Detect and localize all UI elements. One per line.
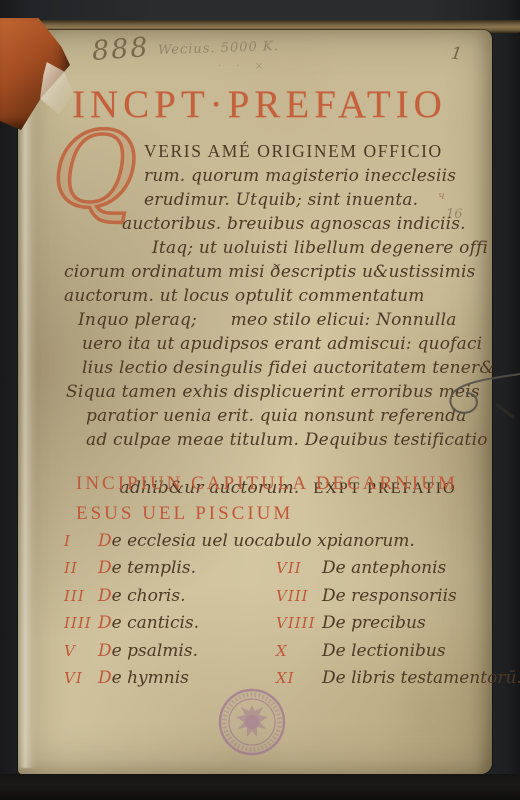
preface-line: ad culpae meae titulum. Dequibus testifi… <box>64 428 484 452</box>
preface-line: auctorum. ut locus optulit commentatum <box>64 284 484 308</box>
chapter-numeral: II <box>64 555 98 582</box>
capitula-row: V D e psalmis. X De lectionibus <box>64 638 484 665</box>
capitula-rubric-line2: ESUS UEL PISCIUM <box>76 502 496 526</box>
chapter-numeral: III <box>64 583 98 610</box>
chapter-numeral: VI <box>64 665 98 692</box>
chapter-title: e ecclesia uel uocabulo xpianorum. <box>112 528 415 555</box>
chapter-numeral: V <box>64 638 98 665</box>
preface-line: Inquo pleraq; meo stilo elicui: Nonnulla <box>64 308 484 332</box>
chapter-numeral: IIII <box>64 610 98 637</box>
preface-line: uero ita ut apudipsos erant admiscui: qu… <box>64 332 484 356</box>
chapter-title: e canticis. <box>112 610 199 637</box>
chapter-numeral: VII <box>276 555 322 582</box>
opening-capitals-line: VERIS AMÉ ORIGINEM OFFICIO <box>144 140 443 162</box>
preface-line: paratior uenia erit. quia nonsunt refere… <box>64 404 484 428</box>
preface-line: ciorum ordinatum misi ðescriptis u&ustis… <box>64 260 484 284</box>
faint-pencil-marks: · · × <box>218 62 269 72</box>
book-bottom-edge <box>0 774 520 800</box>
preface-text-block: rum. quorum magisterio inecclesiis erudi… <box>64 164 484 525</box>
chapter-title: e choris. <box>112 583 186 610</box>
chapter-title: De precibus <box>322 610 426 637</box>
chapter-title: De antephonis <box>322 555 446 582</box>
chapter-title: De responsoriis <box>322 583 457 610</box>
preface-line: Itaq; ut uoluisti libellum degenere offi <box>64 236 484 260</box>
capitula-rubric-line1: INCIPIUN CAPITULA DECARNIUM <box>76 472 496 496</box>
chapter-initial: D <box>98 528 112 555</box>
capitula-row: I D e ecclesia uel uocabulo xpianorum. <box>64 528 484 555</box>
capitula-row: III D e choris. VIII De responsoriis <box>64 583 484 610</box>
preface-line: rum. quorum magisterio inecclesiis <box>64 164 484 188</box>
manuscript-photo: 888 Wecius. 5000 K. · · × 1 ч 16 INCPT·P… <box>0 0 520 800</box>
chapter-title: e templis. <box>112 555 196 582</box>
chapter-numeral: X <box>276 638 322 665</box>
preface-line: erudimur. Utquib; sint inuenta. <box>64 188 484 212</box>
chapter-numeral: VIII <box>276 583 322 610</box>
preface-line: Siqua tamen exhis displicuerint erroribu… <box>64 380 484 404</box>
library-stamp-eagle-icon <box>214 684 290 760</box>
chapter-initial: D <box>98 665 112 692</box>
chapter-title: e hymnis <box>112 665 189 692</box>
chapter-title: De lectionibus <box>322 638 446 665</box>
chapter-title: e psalmis. <box>112 638 198 665</box>
capitula-row: IIII D e canticis. VIIII De precibus <box>64 610 484 637</box>
page-marker-wire <box>430 360 520 424</box>
chapter-numeral: I <box>64 528 98 555</box>
chapter-numeral: VIIII <box>276 610 322 637</box>
worn-gutter-edge <box>18 40 38 768</box>
chapter-initial: D <box>98 638 112 665</box>
chapter-initial: D <box>98 610 112 637</box>
chapter-title: De libris testamentorū. <box>322 665 520 692</box>
chapter-initial: D <box>98 583 112 610</box>
shelfmark-number: 888 <box>91 34 150 65</box>
capitula-row: II D e templis. VII De antephonis <box>64 555 484 582</box>
preface-line: lius lectio desingulis fidei auctoritate… <box>64 356 484 380</box>
chapter-initial: D <box>98 555 112 582</box>
capitula-list: I D e ecclesia uel uocabulo xpianorum. I… <box>64 528 484 692</box>
preface-line: auctoribus. breuibus agnoscas indiciis. <box>64 212 484 236</box>
